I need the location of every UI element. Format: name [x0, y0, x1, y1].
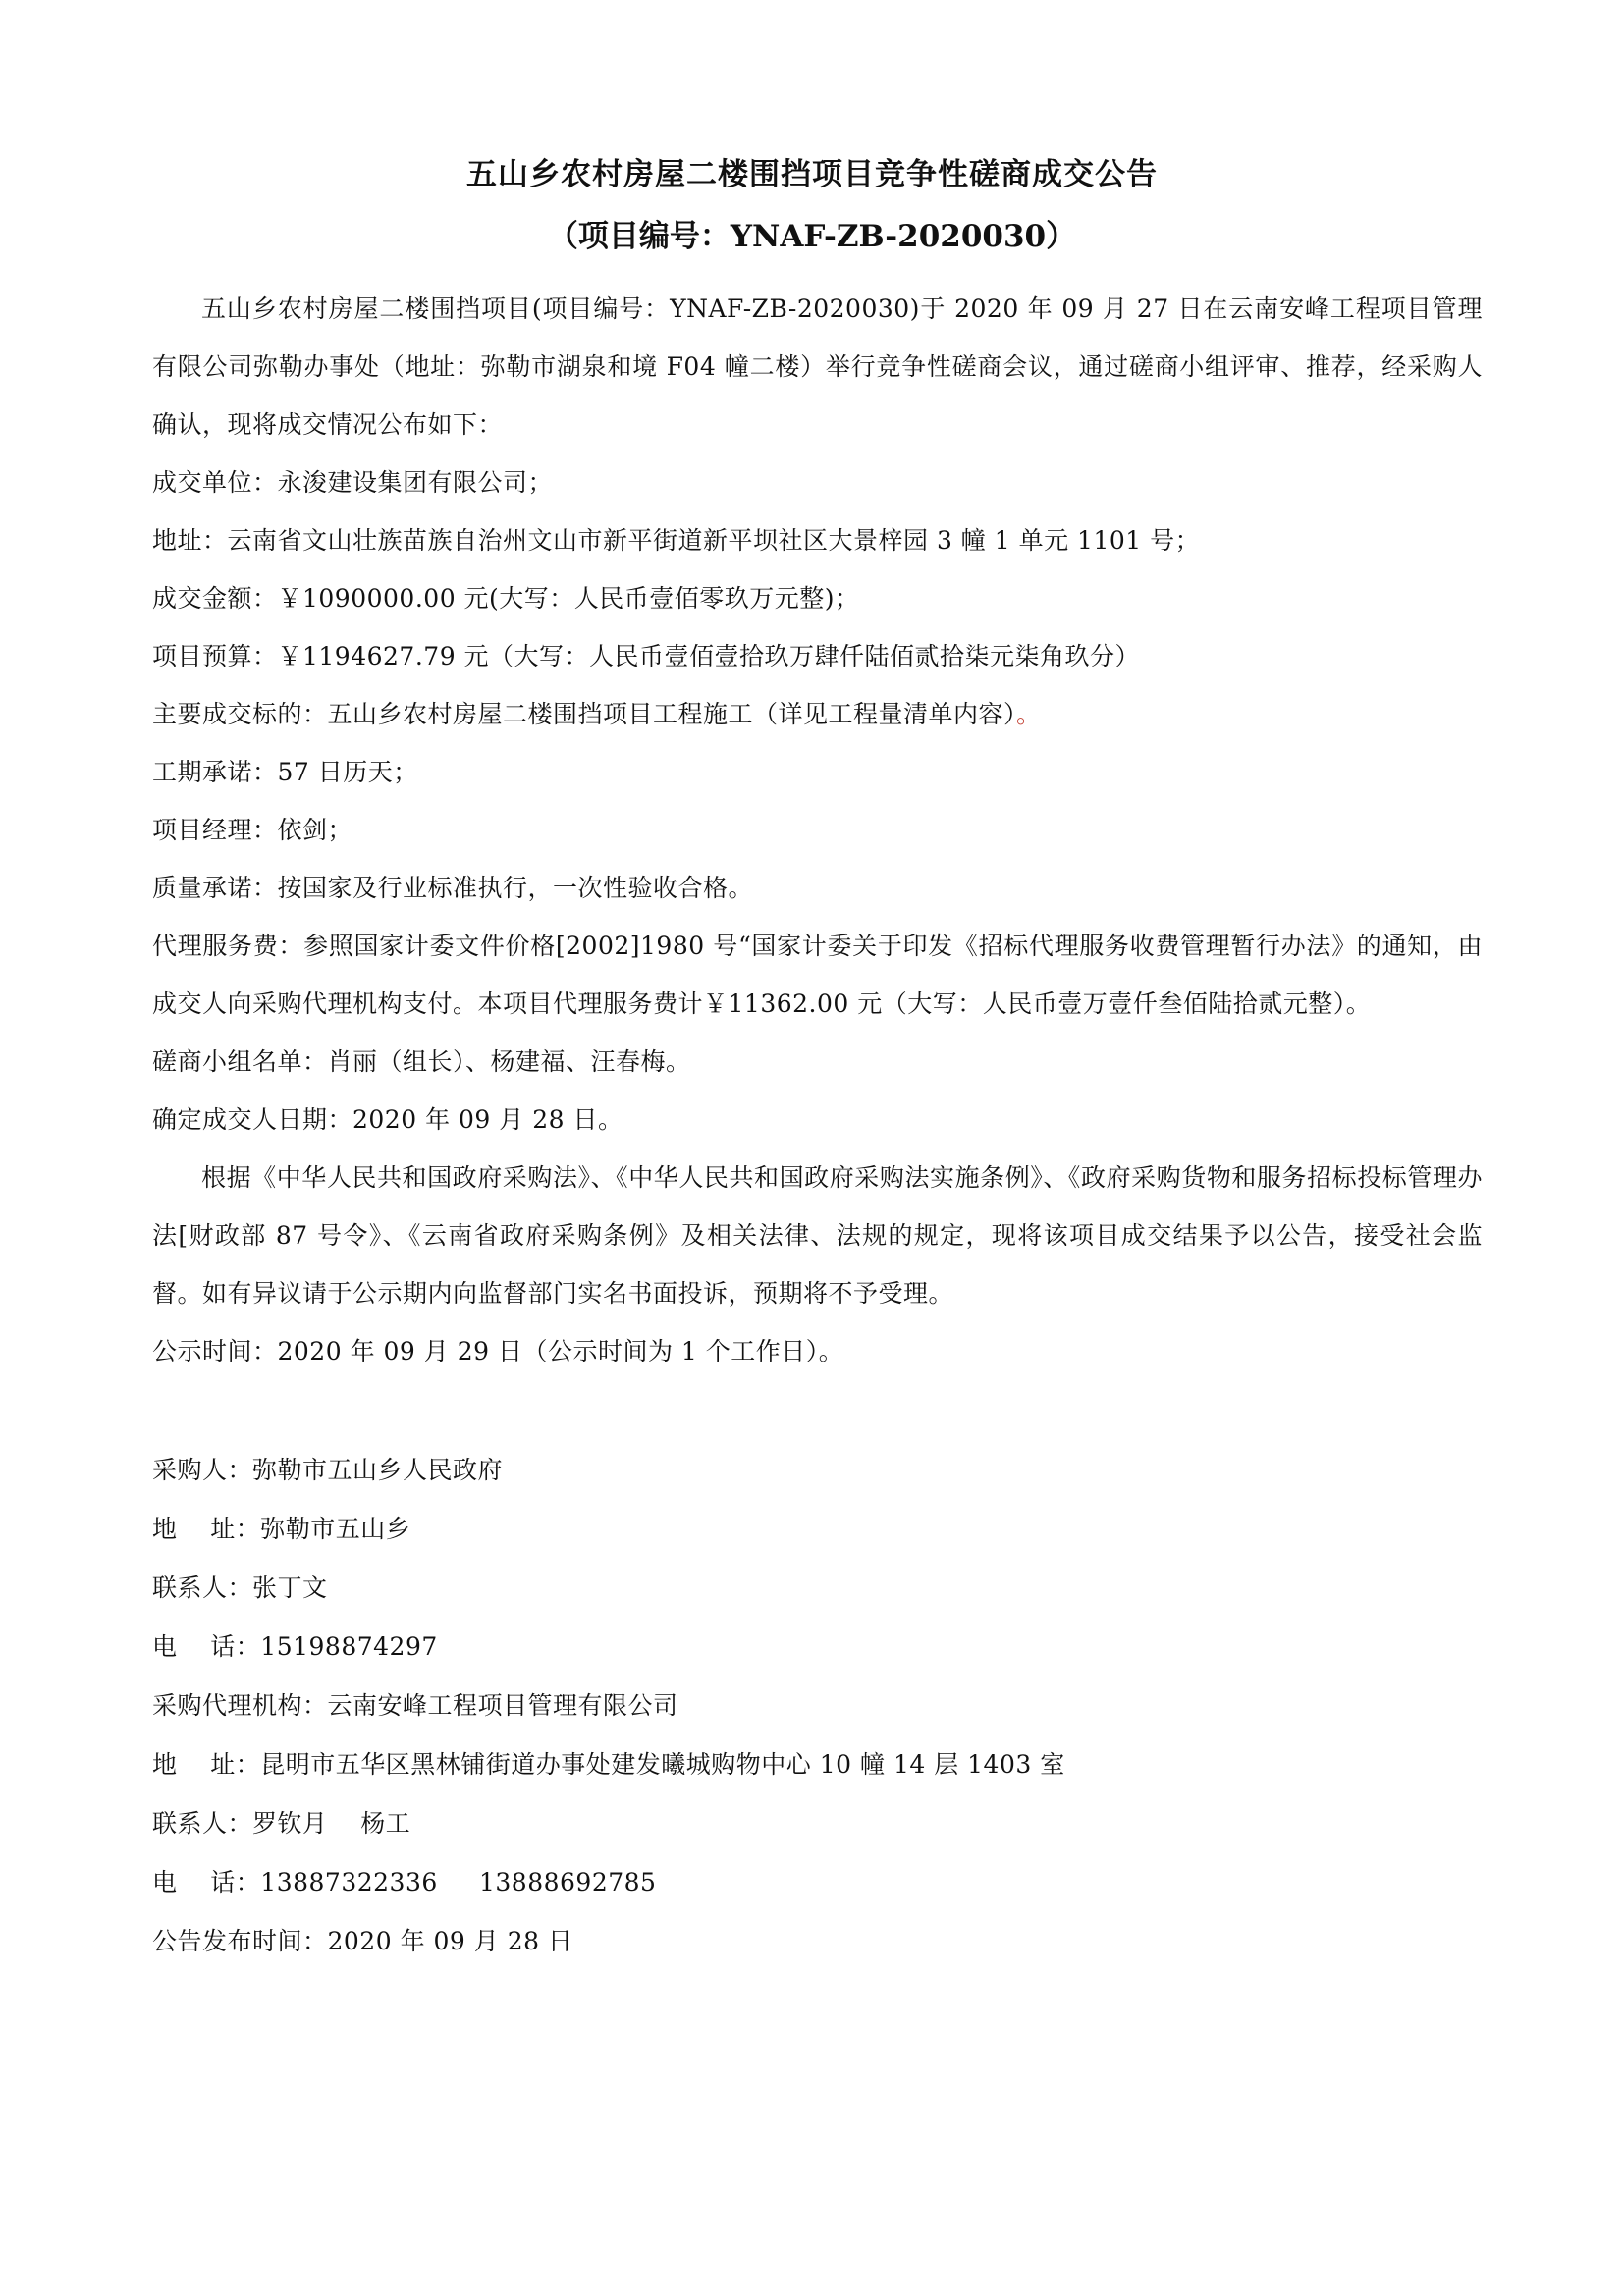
budget-line: 项目预算：￥1194627.79 元（大写：人民币壹佰壹拾玖万肆仟陆佰贰拾柒元柒… [152, 627, 1483, 685]
purchaser-phone-line: 电 话：15198874297 [152, 1618, 1483, 1677]
announcement-body: 五山乡农村房屋二楼围挡项目(项目编号：YNAF-ZB-2020030)于 202… [152, 280, 1483, 1380]
winner-address-line: 地址：云南省文山壮族苗族自治州文山市新平街道新平坝社区大景梓园 3 幢 1 单元… [152, 511, 1483, 569]
agency-line: 采购代理机构：云南安峰工程项目管理有限公司 [152, 1677, 1483, 1735]
manager-line: 项目经理：依剑； [152, 801, 1483, 859]
subject-line: 主要成交标的：五山乡农村房屋二楼围挡项目工程施工（详见工程量清单内容）。 [152, 685, 1483, 743]
document-page: 五山乡农村房屋二楼围挡项目竞争性磋商成交公告 （项目编号：YNAF-ZB-202… [0, 0, 1624, 2296]
quality-line: 质量承诺：按国家及行业标准执行，一次性验收合格。 [152, 859, 1483, 917]
agency-fee-paragraph: 代理服务费：参照国家计委文件价格[2002]1980 号“国家计委关于印发《招标… [152, 917, 1483, 1033]
contacts-block: 采购人：弥勒市五山乡人民政府 地 址：弥勒市五山乡 联系人：张丁文 电 话：15… [152, 1441, 1483, 1971]
agency-address-line: 地 址：昆明市五华区黑林铺街道办事处建发曦城购物中心 10 幢 14 层 140… [152, 1735, 1483, 1794]
winner-line: 成交单位：永浚建设集团有限公司； [152, 454, 1483, 511]
agency-contact-line: 联系人：罗钦月 杨工 [152, 1794, 1483, 1853]
purchaser-contact-line: 联系人：张丁文 [152, 1559, 1483, 1618]
panel-line: 磋商小组名单：肖丽（组长）、杨建福、汪春梅。 [152, 1033, 1483, 1091]
purchaser-line: 采购人：弥勒市五山乡人民政府 [152, 1441, 1483, 1500]
duration-line: 工期承诺：57 日历天； [152, 743, 1483, 801]
decision-date-line: 确定成交人日期：2020 年 09 月 28 日。 [152, 1091, 1483, 1148]
legal-basis-paragraph: 根据《中华人民共和国政府采购法》、《中华人民共和国政府采购法实施条例》、《政府采… [152, 1148, 1483, 1322]
subject-text: 主要成交标的：五山乡农村房屋二楼围挡项目工程施工（详见工程量清单内容） [152, 700, 1016, 728]
deal-amount-line: 成交金额：￥1090000.00 元(大写：人民币壹佰零玖万元整)； [152, 569, 1483, 627]
publicity-line: 公示时间：2020 年 09 月 29 日（公示时间为 1 个工作日）。 [152, 1322, 1483, 1380]
agency-phone-line: 电 话：13887322336 13888692785 [152, 1853, 1483, 1912]
document-title: 五山乡农村房屋二楼围挡项目竞争性磋商成交公告 [0, 152, 1624, 197]
subject-period: 。 [1016, 700, 1042, 728]
purchaser-address-line: 地 址：弥勒市五山乡 [152, 1500, 1483, 1559]
project-number: （项目编号：YNAF-ZB-2020030） [0, 214, 1624, 259]
intro-paragraph: 五山乡农村房屋二楼围挡项目(项目编号：YNAF-ZB-2020030)于 202… [152, 280, 1483, 454]
publish-date-line: 公告发布时间：2020 年 09 月 28 日 [152, 1912, 1483, 1971]
